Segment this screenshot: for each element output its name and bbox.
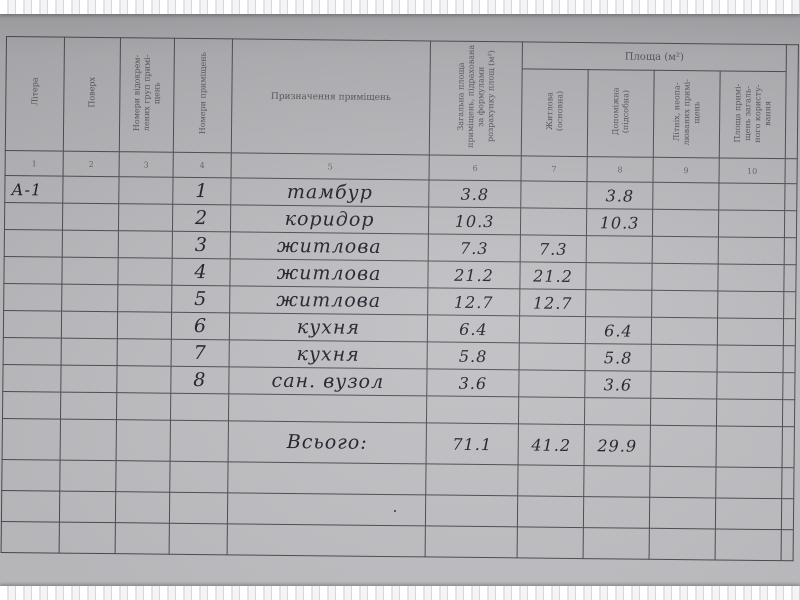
purpose-cell: тамбур xyxy=(231,178,429,207)
summer-cell xyxy=(652,236,718,264)
total-area: 7.3 xyxy=(460,238,489,257)
group-cell xyxy=(117,339,171,367)
room-purpose: житлова xyxy=(276,289,381,312)
room-cell: 6 xyxy=(171,312,229,340)
header-row-top: Літера Поверх Номери відокрем- лених гру… xyxy=(6,37,798,72)
room-cell: 8 xyxy=(171,366,229,394)
header-litera: Літера xyxy=(5,37,64,152)
living-cell xyxy=(519,370,585,398)
room-cell: 7 xyxy=(171,339,229,367)
auxiliary-area: 6.4 xyxy=(604,321,633,340)
group-cell xyxy=(117,312,171,340)
cut-cell xyxy=(784,211,796,238)
common-cell xyxy=(718,237,784,265)
total-cell: 3.8 xyxy=(429,180,521,208)
floor-cell xyxy=(61,365,117,393)
group-cell xyxy=(119,177,173,205)
common-cell xyxy=(718,291,784,319)
col-num: 7 xyxy=(521,156,587,182)
header-common: Площа примі- щень загаль- ного користу- … xyxy=(719,71,786,159)
common-cell xyxy=(717,345,783,373)
room-cell: 4 xyxy=(172,258,230,286)
living-area: 12.7 xyxy=(533,293,573,312)
litera-cell xyxy=(4,202,62,230)
common-cell xyxy=(717,372,783,400)
header-label: Номери відокрем- лених груп примі- щень xyxy=(132,54,163,131)
room-cell: 5 xyxy=(172,285,230,313)
litera-cell xyxy=(3,364,61,392)
header-floor: Поверх xyxy=(63,37,120,152)
torn-edge-top xyxy=(0,0,800,14)
totals-living-area: 41.2 xyxy=(531,435,571,454)
room-purpose: житлова xyxy=(277,262,382,285)
summer-cell xyxy=(651,317,717,345)
total-cell: 6.4 xyxy=(427,315,519,343)
aux-cell xyxy=(586,290,652,318)
purpose-cell: житлова xyxy=(230,286,428,315)
purpose-cell: сан. вузол xyxy=(229,367,427,396)
room-explication-form: Літера Поверх Номери відокрем- лених гру… xyxy=(0,36,800,588)
totals-total-area: 71.1 xyxy=(452,434,492,453)
group-cell xyxy=(118,231,172,259)
group-cell xyxy=(118,285,172,313)
litera-cell: А-1 xyxy=(5,175,63,203)
floor-cell xyxy=(61,338,117,366)
floor-cell xyxy=(63,176,119,204)
room-number: 3 xyxy=(195,234,208,256)
room-cell: 3 xyxy=(172,231,230,259)
total-area: 6.4 xyxy=(459,319,488,338)
floor-cell xyxy=(62,284,118,312)
auxiliary-area: 10.3 xyxy=(600,213,640,232)
col-num: 6 xyxy=(429,155,521,181)
aux-cell: 5.8 xyxy=(585,344,651,372)
auxiliary-area: 3.8 xyxy=(606,186,635,205)
living-cell xyxy=(520,208,586,236)
col-num: 9 xyxy=(653,157,719,183)
floor-cell xyxy=(62,230,118,258)
living-area: 7.3 xyxy=(539,239,568,258)
total-cell: 7.3 xyxy=(428,234,520,262)
room-number: 5 xyxy=(194,288,207,310)
purpose-cell: житлова xyxy=(230,259,428,288)
common-cell xyxy=(718,210,784,238)
ink-dot xyxy=(394,510,396,512)
total-area: 12.7 xyxy=(454,292,494,311)
floor-cell xyxy=(62,257,118,285)
total-cell: 10.3 xyxy=(428,207,520,235)
purpose-cell: кухня xyxy=(229,313,427,342)
col-num: 5 xyxy=(231,153,429,180)
litera-cell xyxy=(3,310,61,338)
col-num: 3 xyxy=(119,152,173,178)
summer-cell xyxy=(652,263,718,291)
total-cell: 5.8 xyxy=(427,342,519,370)
header-living: Житлова (основна) xyxy=(521,69,588,157)
living-cell xyxy=(519,343,585,371)
living-cell xyxy=(519,316,585,344)
litera-cell xyxy=(3,337,61,365)
header-label: Площа примі- щень загаль- ного користу- … xyxy=(732,83,773,142)
summer-cell xyxy=(653,182,719,210)
header-label: Призначення приміщень xyxy=(271,91,391,102)
living-cell: 21.2 xyxy=(520,262,586,290)
header-group-numbers: Номери відокрем- лених груп примі- щень xyxy=(119,38,174,153)
purpose-cell: кухня xyxy=(229,340,427,369)
floor-cell xyxy=(61,311,117,339)
cut-cell xyxy=(785,184,797,211)
header-label: Допоміжна (підсобна) xyxy=(610,87,630,135)
header-label: Поверх xyxy=(87,77,97,108)
aux-cell xyxy=(586,236,652,264)
living-cell: 7.3 xyxy=(520,235,586,263)
header-label: Літніх, неопа- люваних примі- щень xyxy=(671,79,702,146)
cut-cell xyxy=(784,238,796,265)
common-cell xyxy=(717,318,783,346)
room-purpose: тамбур xyxy=(287,181,373,204)
header-summer: Літніх, неопа- люваних примі- щень xyxy=(653,70,720,158)
aux-cell: 10.3 xyxy=(586,209,652,237)
room-purpose: коридор xyxy=(285,208,375,231)
totals-label: Всього: xyxy=(287,431,368,454)
auxiliary-area: 3.6 xyxy=(604,375,633,394)
common-cell xyxy=(719,183,785,211)
aux-cell xyxy=(586,263,652,291)
total-cell: 3.6 xyxy=(427,369,519,397)
room-purpose: житлова xyxy=(277,235,382,258)
header-auxiliary: Допоміжна (підсобна) xyxy=(587,70,654,158)
room-cell: 1 xyxy=(173,177,231,205)
living-cell xyxy=(521,181,587,209)
col-num: 2 xyxy=(63,151,119,177)
cut-cell xyxy=(783,319,795,346)
header-label: Загальна площа приміщень, підрахована за… xyxy=(455,45,496,148)
cut-cell xyxy=(783,373,795,400)
summer-cell xyxy=(651,371,717,399)
header-cut-off xyxy=(785,45,798,159)
litera-cell xyxy=(4,283,62,311)
room-number: 6 xyxy=(194,315,207,337)
col-num: 10 xyxy=(719,158,785,184)
total-area: 21.2 xyxy=(454,265,494,284)
purpose-cell: житлова xyxy=(230,232,428,261)
group-cell xyxy=(117,366,171,394)
header-room-numbers: Номери приміщень xyxy=(173,38,232,153)
cut-cell xyxy=(784,265,796,292)
room-purpose: кухня xyxy=(296,343,359,366)
total-cell: 21.2 xyxy=(428,261,520,289)
common-cell xyxy=(718,264,784,292)
header-purpose: Призначення приміщень xyxy=(231,39,430,155)
room-number: 8 xyxy=(193,369,206,391)
room-number: 1 xyxy=(195,180,208,202)
col-num-cut xyxy=(785,159,797,184)
aux-cell: 6.4 xyxy=(585,317,651,345)
col-num: 8 xyxy=(587,157,653,183)
auxiliary-area: 5.8 xyxy=(604,348,633,367)
total-area: 3.8 xyxy=(461,184,490,203)
total-area: 3.6 xyxy=(459,373,488,392)
totals-auxiliary-area: 29.9 xyxy=(597,436,637,455)
room-number: 2 xyxy=(195,207,208,229)
totals-total-cell: 71.1 xyxy=(426,423,518,465)
room-cell: 2 xyxy=(172,204,230,232)
total-area: 5.8 xyxy=(459,346,488,365)
living-area: 21.2 xyxy=(533,266,573,285)
room-number: 4 xyxy=(194,261,207,283)
summer-cell xyxy=(651,344,717,372)
torn-edge-bottom xyxy=(0,586,800,600)
litera-cell xyxy=(4,229,62,257)
totals-label-cell: Всього: xyxy=(228,421,426,464)
purpose-cell: коридор xyxy=(230,205,428,234)
room-area-table: Літера Поверх Номери відокрем- лених гру… xyxy=(1,36,799,561)
cut-cell xyxy=(784,292,796,319)
header-area-group: Площа (м²) xyxy=(522,42,786,72)
group-cell xyxy=(118,204,172,232)
total-cell: 12.7 xyxy=(428,288,520,316)
totals-living-cell: 41.2 xyxy=(518,424,584,466)
col-num: 1 xyxy=(5,150,63,176)
floor-cell xyxy=(62,203,118,231)
litera-value: А-1 xyxy=(11,180,42,199)
totals-aux-cell: 29.9 xyxy=(584,425,650,467)
aux-cell: 3.6 xyxy=(585,371,651,399)
document-photo: Літера Поверх Номери відокрем- лених гру… xyxy=(0,12,800,588)
header-label: Номери приміщень xyxy=(197,52,208,134)
summer-cell xyxy=(652,290,718,318)
col-num: 4 xyxy=(173,152,231,178)
group-cell xyxy=(118,258,172,286)
total-area: 10.3 xyxy=(455,211,495,230)
cut-cell xyxy=(783,346,795,373)
summer-cell xyxy=(652,209,718,237)
room-purpose: кухня xyxy=(297,316,360,339)
aux-cell: 3.8 xyxy=(587,182,653,210)
living-cell: 12.7 xyxy=(520,289,586,317)
room-number: 7 xyxy=(194,342,207,364)
header-label: Житлова (основна) xyxy=(545,90,565,131)
header-label: Літера xyxy=(30,78,40,106)
room-purpose: сан. вузол xyxy=(272,370,385,393)
header-total-area: Загальна площа приміщень, підрахована за… xyxy=(429,41,522,156)
litera-cell xyxy=(4,256,62,284)
